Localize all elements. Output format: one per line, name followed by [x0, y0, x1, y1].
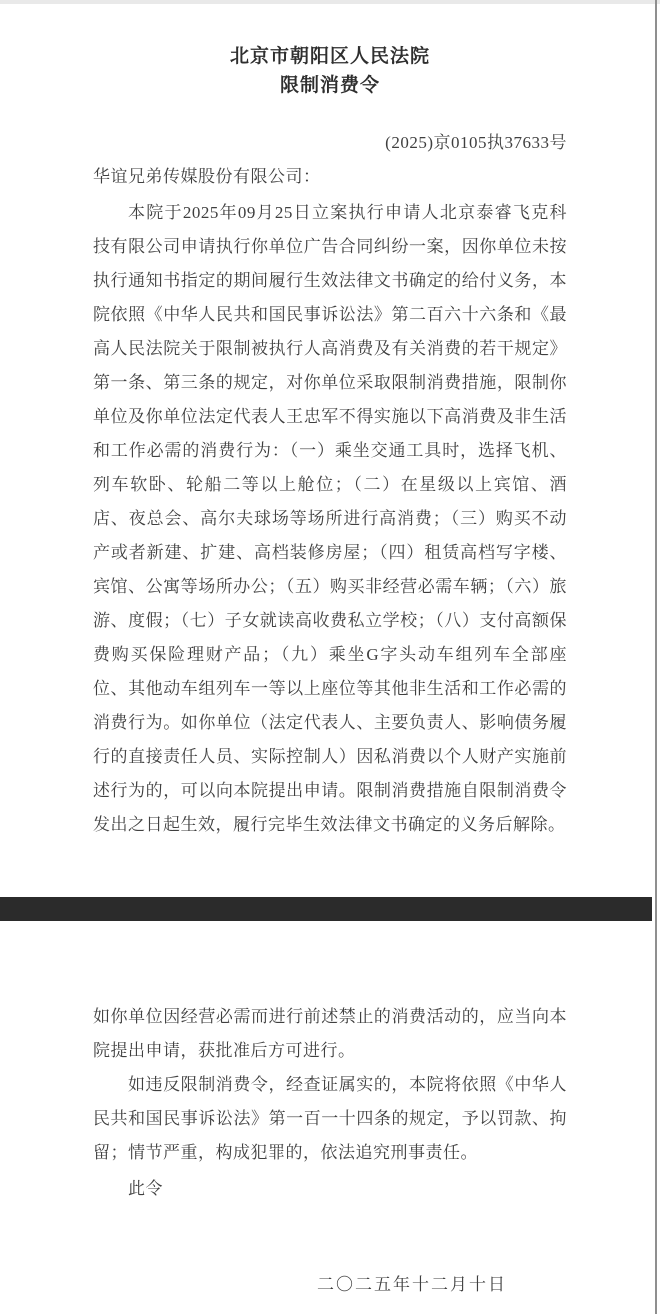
court-name: 北京市朝阳区人民法院 — [93, 42, 567, 71]
document-content: 北京市朝阳区人民法院 限制消费令 (2025)京0105执37633号 华谊兄弟… — [93, 0, 567, 1302]
case-number: (2025)京0105执37633号 — [93, 130, 567, 156]
page-edge-line — [655, 0, 657, 1314]
body-paragraph-3: 如违反限制消费令，经查证属实的，本院将依照《中华人民共和国民事诉讼法》第一百一十… — [93, 1068, 567, 1170]
addressee: 华谊兄弟传媒股份有限公司： — [93, 162, 567, 192]
issue-date: 二〇二五年十二月十日 — [93, 1268, 567, 1302]
body-paragraph-2: 如你单位因经营必需而进行前述禁止的消费活动的，应当向本院提出申请，获批准后方可进… — [93, 1000, 567, 1068]
redaction-bar — [0, 897, 652, 921]
order-title: 限制消费令 — [93, 71, 567, 100]
body-paragraph-1: 本院于2025年09月25日立案执行申请人北京泰睿飞克科技有限公司申请执行你单位… — [93, 196, 567, 842]
closing: 此令 — [93, 1172, 567, 1206]
document-page: 北京市朝阳区人民法院 限制消费令 (2025)京0105执37633号 华谊兄弟… — [0, 0, 660, 1314]
